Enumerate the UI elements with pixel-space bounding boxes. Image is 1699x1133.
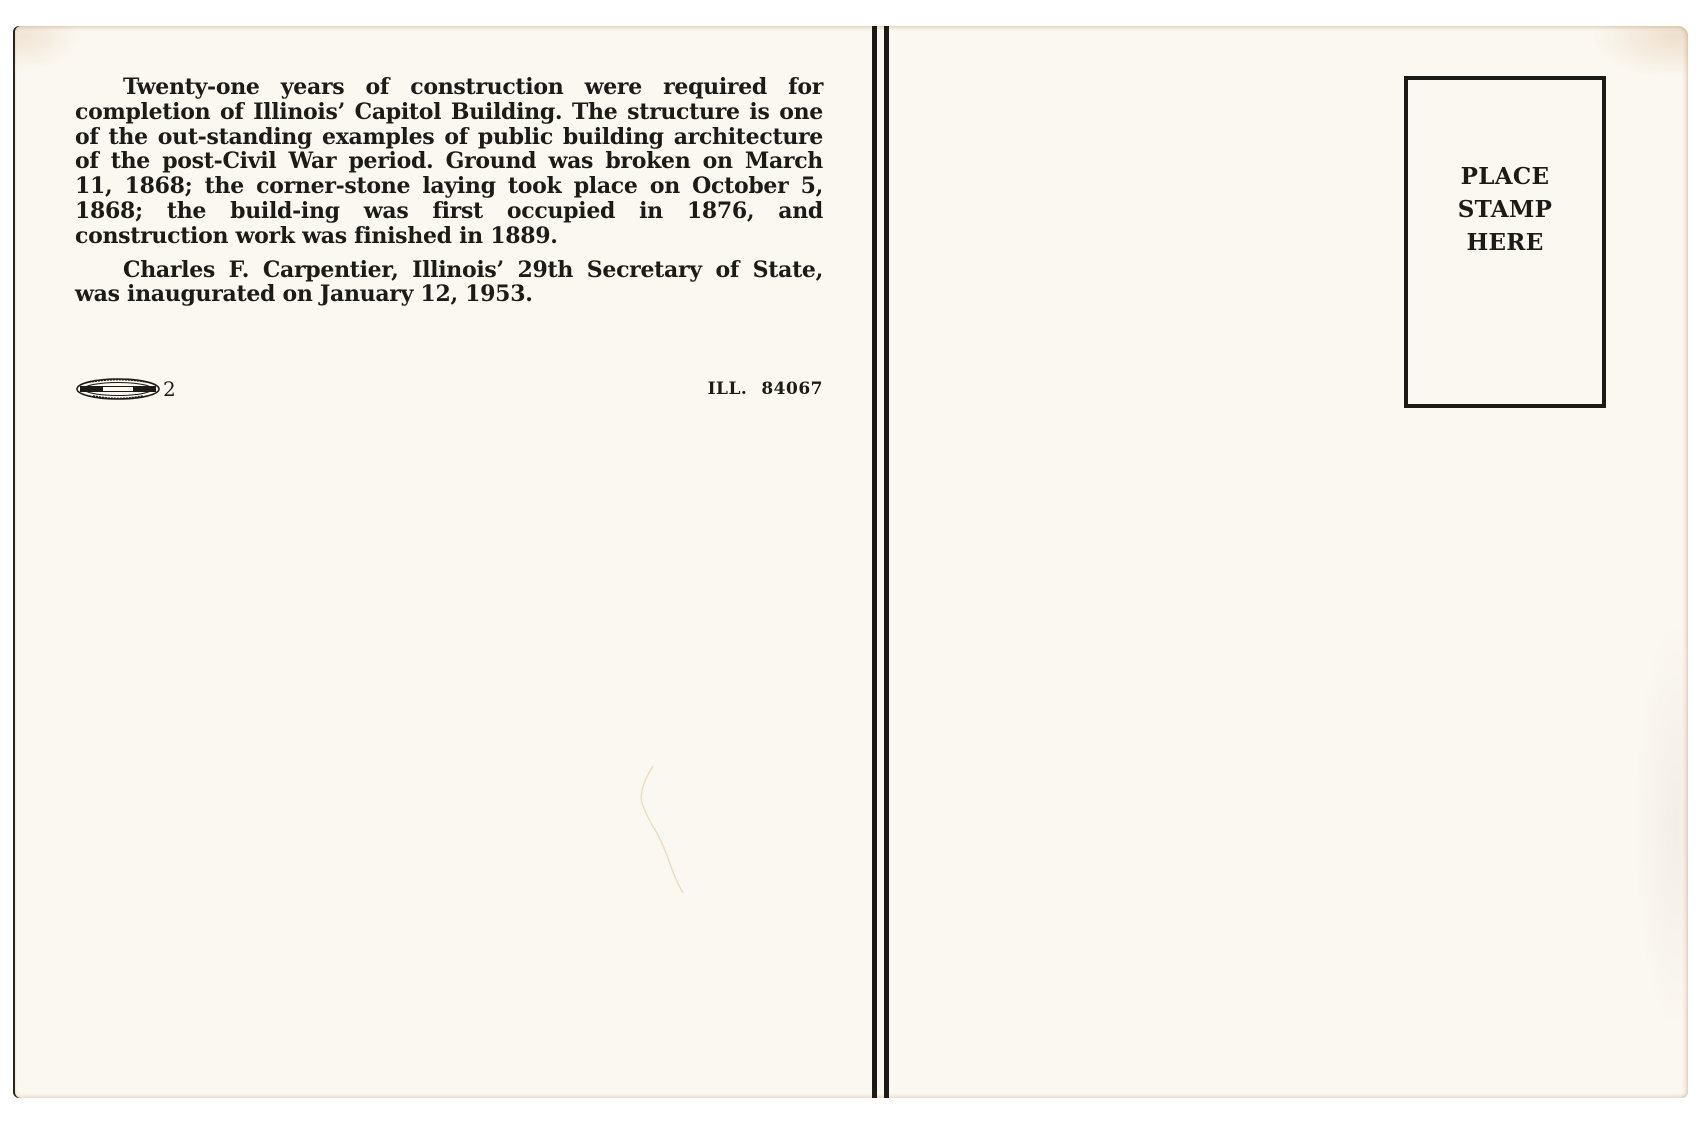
- publication-code-number: 84067: [761, 379, 823, 399]
- stamp-box-line-3: HERE: [1466, 226, 1543, 259]
- publication-code-prefix: ILL.: [708, 379, 748, 399]
- paragraph-secretary-of-state: Charles F. Carpentier, Illinois’ 29th Se…: [75, 258, 823, 308]
- center-divider-line-right: [884, 26, 889, 1098]
- publication-code: ILL.84067: [708, 378, 823, 400]
- stamp-box-line-2: STAMP: [1458, 193, 1553, 226]
- center-divider-line-left: [872, 26, 877, 1098]
- union-label-number: 2: [163, 378, 176, 400]
- union-label: 2: [75, 378, 176, 400]
- stamp-box: PLACE STAMP HERE: [1404, 76, 1606, 408]
- postcard-back: Twenty-one years of construction were re…: [15, 26, 1688, 1098]
- stamp-box-line-1: PLACE: [1461, 160, 1550, 193]
- union-bug-icon: [75, 378, 161, 400]
- paper-fiber-mark: [635, 761, 695, 901]
- paragraph-capitol-history: Twenty-one years of construction were re…: [75, 75, 823, 249]
- message-footer: 2 ILL.84067: [75, 378, 823, 402]
- message-text: Twenty-one years of construction were re…: [75, 75, 823, 307]
